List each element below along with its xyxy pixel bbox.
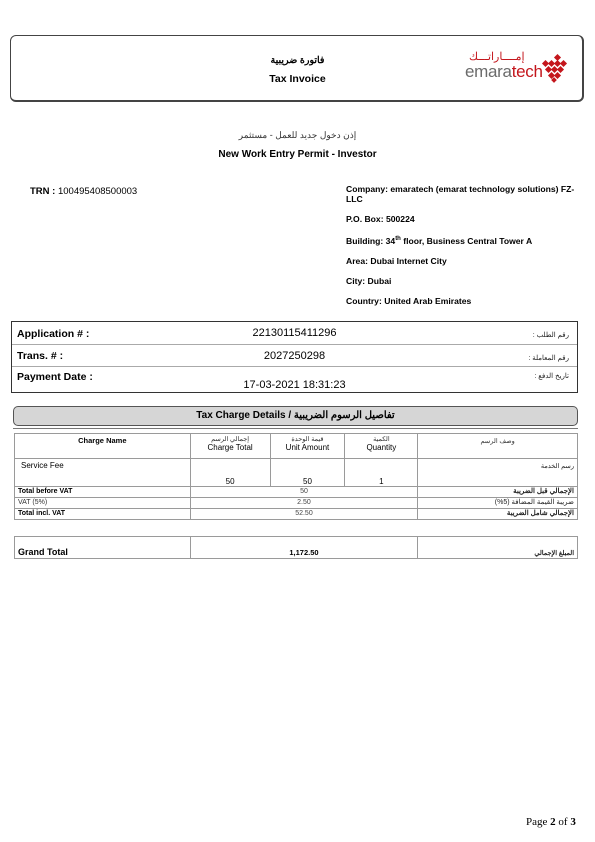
page-number: Page 2 of 3 — [526, 816, 576, 828]
application-number-value: 22130115411296 — [12, 327, 577, 339]
company-city: City: Dubai — [346, 276, 581, 286]
vat-label-arabic: ضريبة القيمة المضافة (5%) — [418, 498, 578, 509]
logo-text: emaratech — [465, 62, 543, 82]
table-header-row: Charge Name إجمالي الرسم Charge Total قي… — [15, 434, 578, 459]
service-title: New Work Entry Permit - Investor — [0, 149, 595, 160]
company-building: Building: 34th floor, Business Central T… — [346, 234, 581, 246]
total-before-vat-row: Total before VAT 50 الإجمالي قبل الضريبة — [15, 487, 578, 498]
vat-row: VAT (5%) 2.50 ضريبة القيمة المضافة (5%) — [15, 498, 578, 509]
company-name: Company: emaratech (emarat technology so… — [346, 184, 581, 204]
tax-charge-details-title: Tax Charge Details / تفاصيل الرسوم الضري… — [13, 406, 578, 426]
column-header-unit-amount: قيمة الوحدة Unit Amount — [270, 434, 345, 459]
company-area: Area: Dubai Internet City — [346, 256, 581, 266]
vat-label: VAT (5%) — [15, 498, 191, 509]
company-info: Company: emaratech (emarat technology so… — [346, 184, 581, 316]
charge-name: Service Fee — [15, 459, 191, 487]
total-incl-vat-row: Total incl. VAT 52.50 الإجمالي شامل الضر… — [15, 509, 578, 520]
payment-date-value: 17-03-2021 18:31:23 — [12, 379, 577, 391]
column-header-charge-name: Charge Name — [15, 434, 191, 459]
emaratech-diamond-logo-icon — [539, 52, 571, 84]
application-details: Application # : 22130115411296 رقم الطلب… — [11, 321, 578, 393]
company-country: Country: United Arab Emirates — [346, 296, 581, 306]
grand-total-label-arabic: المبلغ الإجمالي — [418, 537, 578, 559]
total-incl-vat-label: Total incl. VAT — [15, 509, 191, 520]
total-incl-vat-label-arabic: الإجمالي شامل الضريبة — [418, 509, 578, 520]
charge-total: 50 — [190, 459, 270, 487]
grand-total-value: 1,172.50 — [190, 537, 418, 559]
transaction-number-row: Trans. # : 2027250298 رقم المعاملة : — [12, 344, 577, 367]
divider — [13, 428, 578, 429]
column-header-description-arabic: وصف الرسم — [418, 434, 578, 459]
charge-name-arabic: رسم الخدمة — [418, 459, 578, 487]
trn-label: TRN : — [30, 186, 55, 197]
application-number-row: Application # : 22130115411296 رقم الطلب… — [12, 322, 577, 345]
grand-total-row: Grand Total 1,172.50 المبلغ الإجمالي — [15, 537, 578, 559]
company-po-box: P.O. Box: 500224 — [346, 214, 581, 224]
trn: TRN : 100495408500003 — [30, 186, 137, 197]
total-incl-vat-value: 52.50 — [190, 509, 418, 520]
grand-total-label: Grand Total — [15, 537, 191, 559]
service-title-arabic: إذن دخول جديد للعمل - مستثمر — [0, 130, 595, 141]
column-header-quantity: الكمية Quantity — [345, 434, 418, 459]
charges-table: Charge Name إجمالي الرسم Charge Total قي… — [14, 433, 578, 520]
vat-value: 2.50 — [190, 498, 418, 509]
payment-date-row: Payment Date : 17-03-2021 18:31:23 تاريخ… — [12, 366, 577, 392]
total-before-vat-label-arabic: الإجمالي قبل الضريبة — [418, 487, 578, 498]
emaratech-logo: إمــــاراتـــك emaratech — [465, 50, 575, 90]
total-before-vat-value: 50 — [190, 487, 418, 498]
column-header-charge-total: إجمالي الرسم Charge Total — [190, 434, 270, 459]
application-number-label-arabic: رقم الطلب : — [533, 331, 569, 339]
transaction-number-value: 2027250298 — [12, 350, 577, 362]
total-before-vat-label: Total before VAT — [15, 487, 191, 498]
grand-total-table: Grand Total 1,172.50 المبلغ الإجمالي — [14, 536, 578, 559]
payment-date-label-arabic: تاريخ الدفع : — [534, 372, 569, 380]
table-row: Service Fee 50 50 1 رسم الخدمة — [15, 459, 578, 487]
trn-value: 100495408500003 — [58, 186, 137, 197]
quantity: 1 — [345, 459, 418, 487]
transaction-number-label-arabic: رقم المعاملة : — [528, 354, 569, 362]
unit-amount: 50 — [270, 459, 345, 487]
